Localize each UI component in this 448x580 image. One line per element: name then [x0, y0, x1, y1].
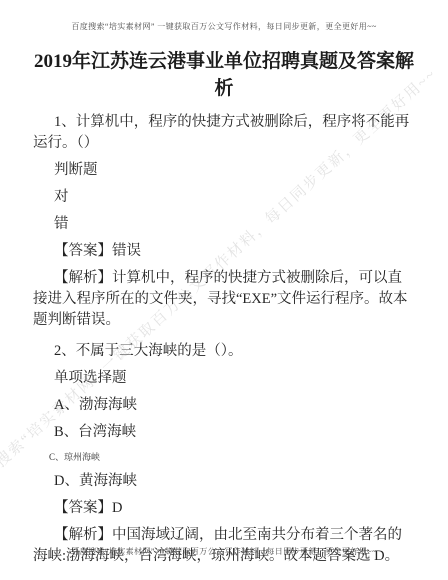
q2-answer-line: 【答案】D: [33, 498, 415, 519]
q2-stem: 2、不属于三大海峡的是（）。: [33, 341, 415, 362]
document-page: 百度搜索“培实素材网” 一键获取百万公文写作材料，每日同步更新，更全更好用~~ …: [0, 0, 448, 580]
q1-option-true: 对: [33, 187, 415, 208]
q2-option-d: D、黄海海峡: [33, 471, 415, 492]
q2-option-a: A、渤海海峡: [33, 395, 415, 416]
q2-option-b: B、台湾海峡: [33, 422, 415, 443]
q2-option-c: C、琼州海峡: [33, 449, 415, 465]
footer-slogan: 百度搜索“培实素材网” 一键获取百万公文写作材料，每日同步更新，更全更好用~~: [0, 546, 448, 557]
q2-type-label: 单项选择题: [33, 368, 415, 389]
q1-stem: 1、计算机中，程序的快捷方式被删除后，程序将不能再运行。（）: [33, 112, 415, 154]
q1-option-false: 错: [33, 214, 415, 235]
document-body: 1、计算机中，程序的快捷方式被删除后，程序将不能再运行。（） 判断题 对 错 【…: [0, 112, 448, 567]
q1-answer-line: 【答案】错误: [33, 241, 415, 262]
page-title: 2019年江苏连云港事业单位招聘真题及答案解析: [0, 0, 448, 112]
q1-type-label: 判断题: [33, 160, 415, 181]
q1-analysis-line: 【解析】计算机中，程序的快捷方式被删除后，可以直接进入程序所在的文件夹，寻找“E…: [33, 268, 415, 331]
